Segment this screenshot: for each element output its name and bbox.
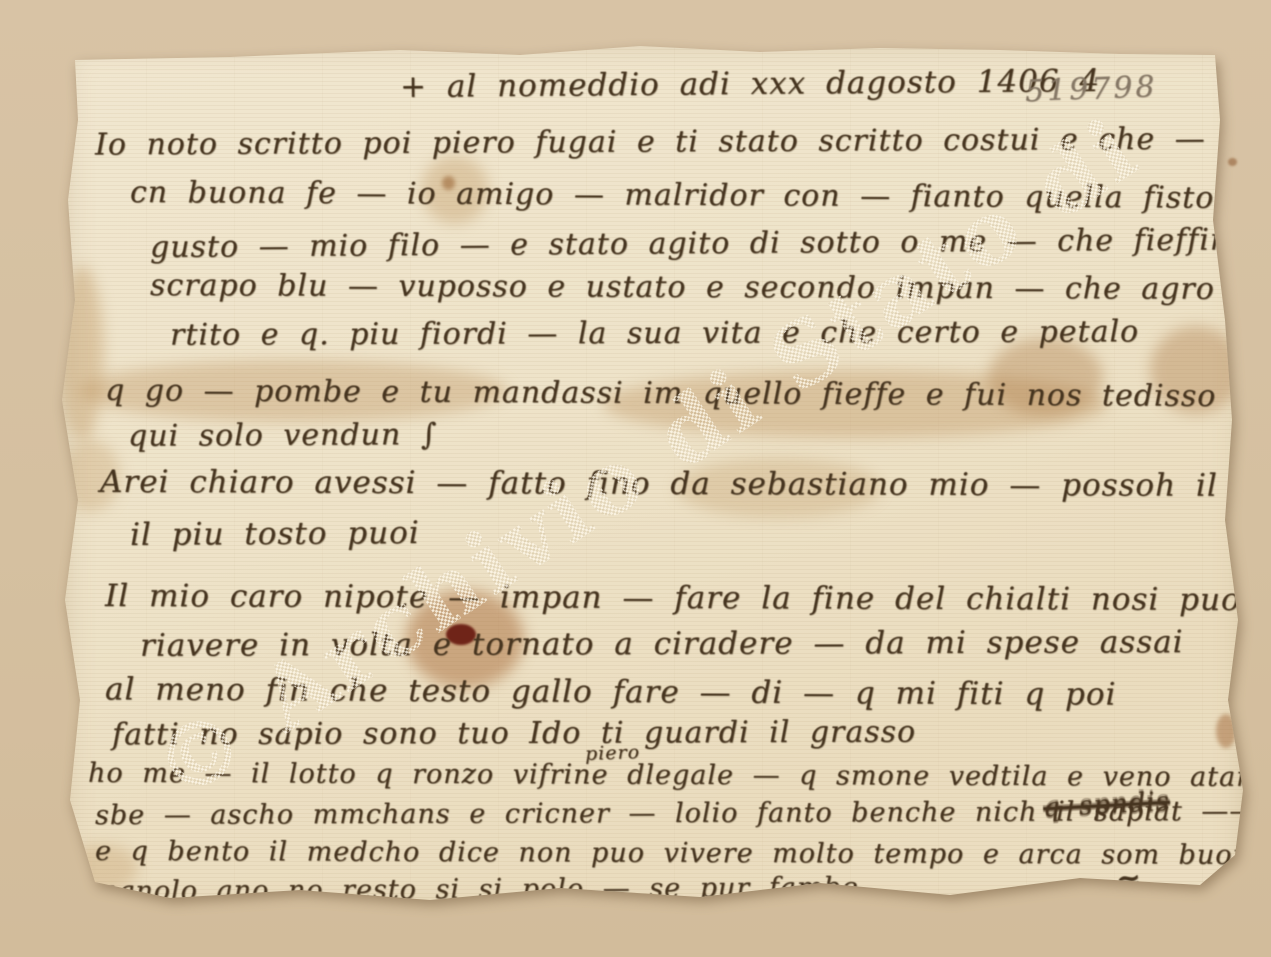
handwriting-line-16: e q bento il medcho dice non puo vivere … [95,836,1271,871]
heading-invocation-date: + al nomeddio adi xxx dagosto 1406 4 [400,63,1100,105]
handwriting-line-2: cn buona fe — io amigo — malridor con — … [130,175,1271,216]
handwriting-line-6: q go — pombe e tu mandassi im quello fie… [105,373,1217,414]
manuscript-scan: + al nomeddio adi xxx dagosto 1406 4 519… [0,0,1271,957]
stain-right-spot [1216,714,1236,748]
paper-sheet: + al nomeddio adi xxx dagosto 1406 4 519… [58,38,1250,918]
handwriting-line-9: il piu tosto puoi [130,515,420,553]
handwriting-line-8: Arei chiaro avessi — fatto fino da sebas… [100,464,1271,504]
stain-left-wash [60,266,104,441]
end-flourish-mark: ≈ [1114,863,1143,900]
handwriting-line-7: qui solo vendun ∫ [128,417,438,454]
handwriting-line-5: rtito e q. piu fiordi — la sua vita e ch… [170,314,1139,352]
handwriting-line-12: al meno fin che testo gallo fare — di — … [105,671,1117,712]
handwriting-line-1: Io noto scritto poi piero fugai e ti sta… [95,121,1271,163]
handwriting-line-10: Il mio caro nipote — impan — fare la fin… [105,578,1241,618]
paper-shadow-wrap: + al nomeddio adi xxx dagosto 1406 4 519… [58,38,1250,918]
handwriting-line-4: scrapo blu — vuposso e ustato e secondo … [150,268,1271,307]
handwriting-line-3: gusto — mio filo — e stato agito di sott… [150,222,1271,265]
handwriting-line-14: ho me — il lotto q ronzo vifrine dlegale… [88,758,1271,793]
handwriting-line-17: agnolo ano no resto si si polo — se pur … [100,872,859,907]
handwriting-line-11: riavere in volta e tornato a ciradere — … [140,624,1184,664]
archive-number: 519798 [1024,70,1158,110]
handwriting-line-13: fatti no sapio sono tuo Ido ti guardi il… [112,715,916,753]
